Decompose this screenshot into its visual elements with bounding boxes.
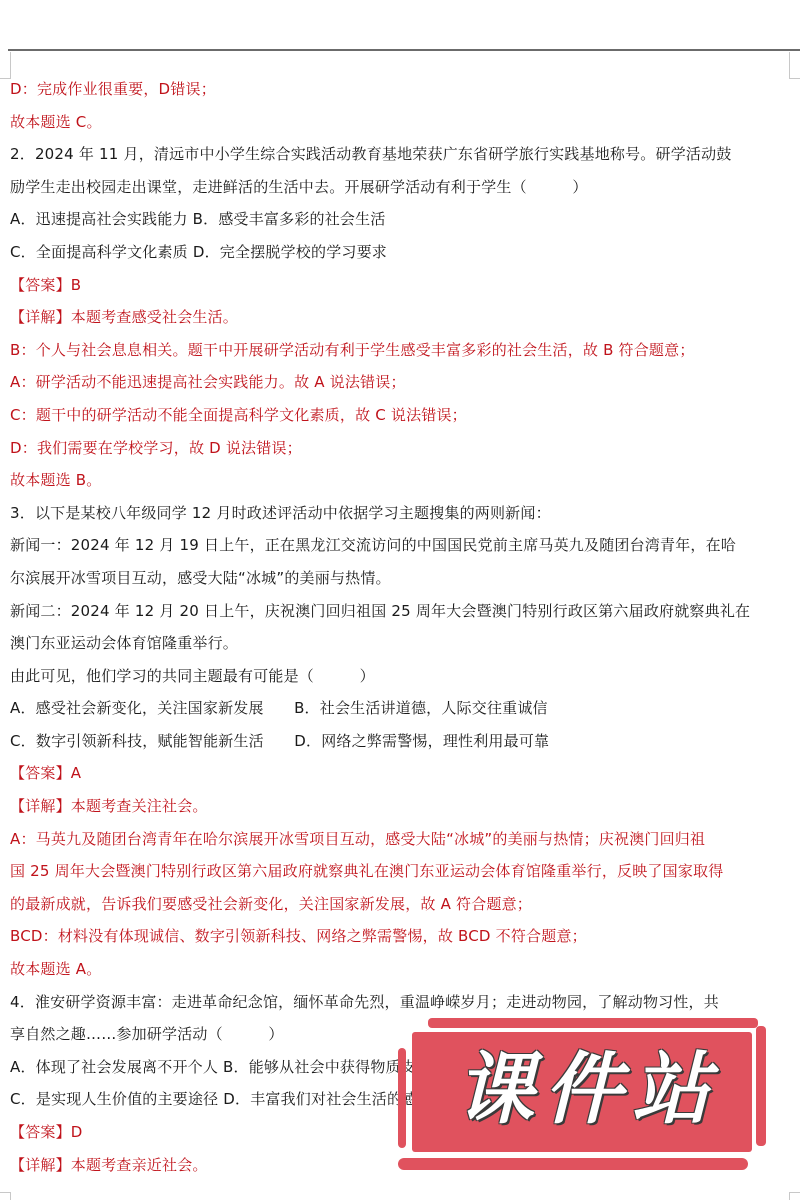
line-answer-d-explanation: D：完成作业很重要，D错误；	[10, 76, 794, 109]
question-3-detail-bcd: BCD：材料没有体现诚信、数字引领新科技、网络之弊需警惕，故 BCD 不符合题意…	[10, 923, 794, 956]
question-2-options-ab: A．迅速提高社会实践能力 B．感受丰富多彩的社会生活	[10, 206, 794, 239]
question-3-options-cd: C．数字引领新科技，赋能智能新生活 D．网络之弊需警惕，理性利用最可靠	[10, 728, 794, 761]
question-3-prompt: 由此可见，他们学习的共同主题最有可能是（ ）	[10, 663, 794, 696]
question-2-detail-d: D：我们需要在学校学习，故 D 说法错误；	[10, 435, 794, 468]
question-3-news-1-b: 尔滨展开冰雪项目互动，感受大陆“冰城”的美丽与热情。	[10, 565, 794, 598]
question-3-options-ab: A．感受社会新变化，关注国家新发展 B．社会生活讲道德，人际交往重诚信	[10, 695, 794, 728]
question-3-stem: 3．以下是某校八年级同学 12 月时政述评活动中依据学习主题搜集的两则新闻：	[10, 500, 794, 533]
stamp-edge	[398, 1158, 748, 1170]
stamp-edge	[398, 1048, 406, 1148]
question-3-news-1-a: 新闻一：2024 年 12 月 19 日上午，正在黑龙江交流访问的中国国民党前主…	[10, 532, 794, 565]
question-3-detail-heading: 【详解】本题考查关注社会。	[10, 793, 794, 826]
question-2-detail-a: A：研学活动不能迅速提高社会实践能力。故 A 说法错误；	[10, 369, 794, 402]
question-3-detail-a-2: 国 25 周年大会暨澳门特别行政区第六届政府就察典礼在澳门东亚运动会体育馆隆重举…	[10, 858, 794, 891]
question-3-news-2-a: 新闻二：2024 年 12 月 20 日上午，庆祝澳门回归祖国 25 周年大会暨…	[10, 598, 794, 631]
question-2-options-cd: C．全面提高科学文化素质 D．完全摆脱学校的学习要求	[10, 239, 794, 272]
question-2-answer: 【答案】B	[10, 272, 794, 305]
question-3-conclusion: 故本题选 A。	[10, 956, 794, 989]
page-header-rule	[8, 49, 800, 51]
stamp-edge	[428, 1018, 758, 1028]
question-2-stem-2: 励学生走出校园走出课堂，走进鲜活的生活中去。开展研学活动有利于学生（ ）	[10, 174, 794, 207]
page-corner-mark-top-left	[0, 52, 11, 79]
question-3-detail-a-3: 的最新成就，告诉我们要感受社会新变化，关注国家新发展，故 A 符合题意；	[10, 891, 794, 924]
question-4-stem-1: 4．淮安研学资源丰富：走进革命纪念馆，缅怀革命先烈，重温峥嵘岁月；走进动物园，了…	[10, 989, 794, 1022]
stamp-edge	[756, 1026, 766, 1146]
question-2-conclusion: 故本题选 B。	[10, 467, 794, 500]
page-corner-mark-bottom-right	[789, 1192, 800, 1200]
question-2-detail-c: C：题干中的研学活动不能全面提高科学文化素质，故 C 说法错误；	[10, 402, 794, 435]
page-corner-mark-top-right	[789, 52, 800, 79]
page-corner-mark-bottom-left	[0, 1192, 11, 1200]
watermark-stamp: 课件站	[398, 1018, 770, 1174]
line-conclusion-q1: 故本题选 C。	[10, 109, 794, 142]
question-3-answer: 【答案】A	[10, 760, 794, 793]
question-2-detail-b: B：个人与社会息息相关。题干中开展研学活动有利于学生感受丰富多彩的社会生活，故 …	[10, 337, 794, 370]
question-3-detail-a-1: A：马英九及随团台湾青年在哈尔滨展开冰雪项目互动，感受大陆“冰城”的美丽与热情；…	[10, 826, 794, 859]
watermark-text: 课件站	[438, 1040, 738, 1140]
question-2-detail-heading: 【详解】本题考查感受社会生活。	[10, 304, 794, 337]
question-3-news-2-b: 澳门东亚运动会体育馆隆重举行。	[10, 630, 794, 663]
question-2-stem-1: 2．2024 年 11 月，清远市中小学生综合实践活动教育基地荣获广东省研学旅行…	[10, 141, 794, 174]
